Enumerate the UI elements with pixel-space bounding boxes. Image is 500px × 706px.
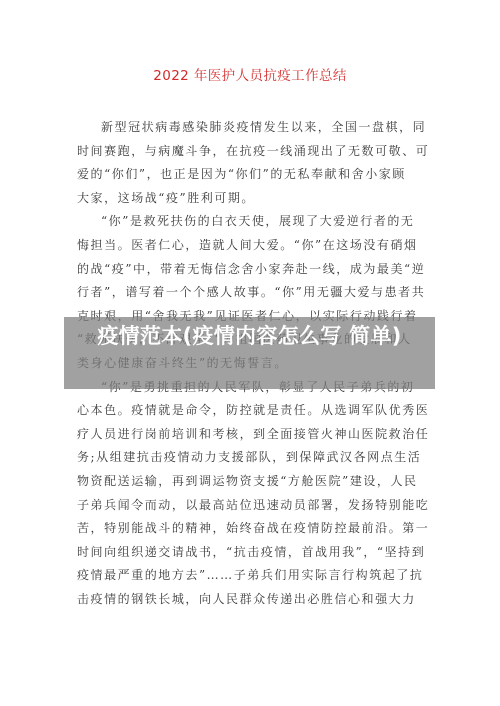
text-line: 大家，这场战“疫”胜利可期。 xyxy=(77,187,435,211)
overlay-title: 疫情范本(疫情内容怎么写 简单) xyxy=(74,317,426,348)
text-line: 爱的“你们”，也正是因为“你们”的无私奉献和舍小家顾 xyxy=(77,163,435,187)
document-page: 2022 年医护人员抗疫工作总结 新型冠状病毒感染肺炎疫情发生以来，全国一盘棋，… xyxy=(0,0,500,706)
text-line: 悔担当。医者仁心，造就人间大爱。“你”在这场没有硝烟 xyxy=(77,234,435,258)
text-line: 心本色。疫情就是命令，防控就是责任。从选调军队优秀医 xyxy=(77,399,435,423)
paragraph-3: “你”是勇挑重担的人民军队，彰显了人民子弟兵的初 心本色。疫情就是命令，防控就是… xyxy=(77,376,435,612)
text-line: 子弟兵闻令而动，以最高站位迅速动员部署，发扬特别能吃 xyxy=(77,494,435,518)
document-title: 2022 年医护人员抗疫工作总结 xyxy=(0,64,500,84)
text-line: 时间向组织递交请战书，“抗击疫情，首战用我”，“坚持到 xyxy=(77,541,435,565)
text-line: 新型冠状病毒感染肺炎疫情发生以来，全国一盘棋，同 xyxy=(77,116,435,140)
text-line: “你”是救死扶伤的白衣天使，展现了大爱逆行者的无 xyxy=(77,210,435,234)
title-overlay-banner: 疫情范本(疫情内容怎么写 简单) xyxy=(64,317,435,389)
text-line: 物资配送运输，再到调运物资支援“方舱医院”建设，人民 xyxy=(77,470,435,494)
text-line: 疫情最严重的地方去”……子弟兵们用实际言行构筑起了抗 xyxy=(77,564,435,588)
text-line: 苦，特别能战斗的精神，始终奋战在疫情防控最前沿。第一 xyxy=(77,517,435,541)
text-line: 的战“疫”中，带着无悔信念舍小家奔赴一线，成为最美“逆 xyxy=(77,258,435,282)
text-line: 时间赛跑，与病魔斗争，在抗疫一线涌现出了无数可敬、可 xyxy=(77,140,435,164)
text-line: 行者”，谱写着一个个感人故事。“你”用无疆大爱与患者共 xyxy=(77,281,435,305)
text-line: 务;从组建抗击疫情动力支援部队，到保障武汉各网点生活 xyxy=(77,446,435,470)
paragraph-1: 新型冠状病毒感染肺炎疫情发生以来，全国一盘棋，同 时间赛跑，与病魔斗争，在抗疫一… xyxy=(77,116,435,210)
text-line: 疗人员进行岗前培训和考核，到全面接管火神山医院救治任 xyxy=(77,423,435,447)
text-line: 击疫情的钢铁长城，向人民群众传递出必胜信心和强大力 xyxy=(77,588,435,612)
